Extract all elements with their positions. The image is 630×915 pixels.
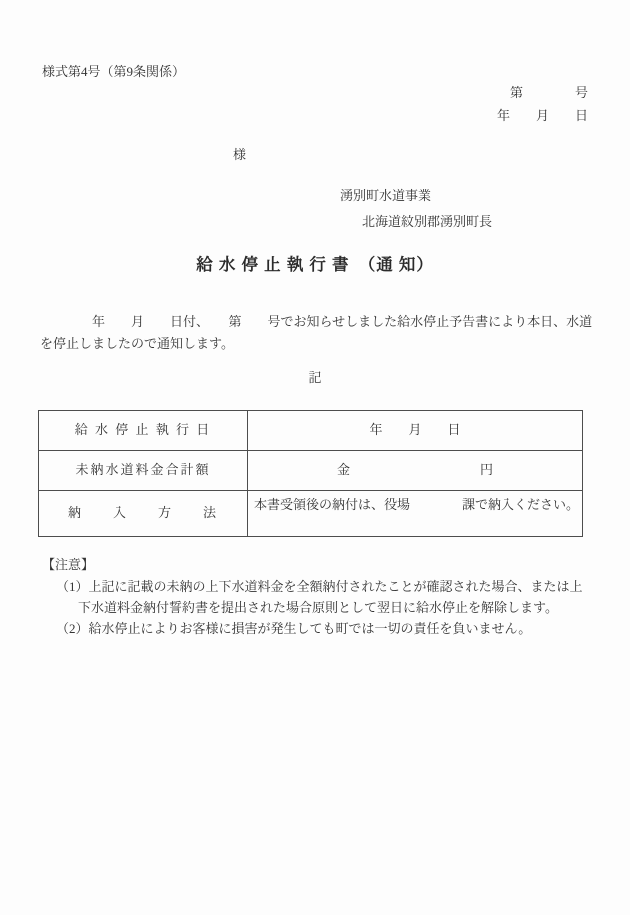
document-title: 給 水 停 止 執 行 書 （通 知）	[0, 255, 630, 276]
payment-method-label: 納 入 方 法	[39, 491, 248, 537]
unpaid-total-label: 未納水道料金合計額	[39, 451, 248, 491]
execution-date-value: 年 月 日	[248, 411, 583, 451]
body-paragraph-line-1: 年 月 日付、 第 号でお知らせしました給水停止予告書により本日、水道	[40, 314, 592, 330]
execution-date-label: 給 水 停 止 執 行 日	[39, 411, 248, 451]
document-number-line: 第 号	[510, 85, 588, 101]
table-row-payment-method: 納 入 方 法 本書受領後の納付は、役場 課で納入ください。	[39, 491, 583, 537]
payment-method-value: 本書受領後の納付は、役場 課で納入ください。	[248, 491, 583, 537]
sender-organization: 湧別町水道事業	[340, 188, 431, 204]
form-number: 様式第4号（第9条関係）	[42, 64, 185, 80]
addressee-honorific: 様	[233, 147, 246, 163]
table-row-execution-date: 給 水 停 止 執 行 日 年 月 日	[39, 411, 583, 451]
notes-header: 【注意】	[42, 557, 94, 573]
note-item-1-line-1: （1）上記に記載の未納の上下水道料金を全額納付されたことが確認された場合、または…	[56, 579, 583, 595]
table-row-unpaid-total: 未納水道料金合計額 金 円	[39, 451, 583, 491]
body-paragraph-line-2: を停止しましたので通知します。	[40, 336, 234, 352]
unpaid-total-value: 金 円	[248, 451, 583, 491]
document-date-line: 年 月 日	[497, 108, 588, 124]
sender-signer: 北海道紋別郡湧別町長	[362, 214, 492, 230]
note-item-1-line-2: 下水道料金納付誓約書を提出された場合原則として翌日に給水停止を解除します。	[78, 600, 558, 616]
note-item-2-line-1: （2）給水停止によりお客様に損害が発生しても町では一切の責任を負いません。	[56, 621, 531, 637]
document-page: 様式第4号（第9条関係） 第 号 年 月 日 様 湧別町水道事業 北海道紋別郡湧…	[0, 0, 630, 915]
record-marker: 記	[0, 370, 630, 386]
suspension-details-table: 給 水 停 止 執 行 日 年 月 日 未納水道料金合計額 金 円 納 入 方 …	[38, 410, 583, 537]
